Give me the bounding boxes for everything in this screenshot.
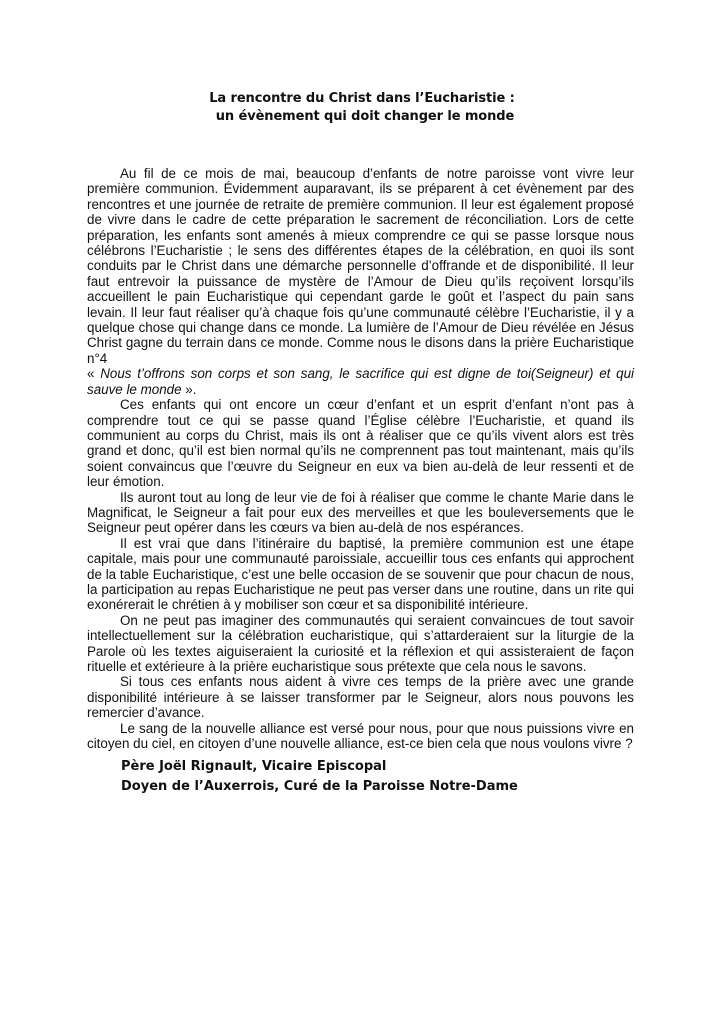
quote-open-mark: « — [87, 366, 100, 381]
title-line-2: un évènement qui doit changer le monde — [0, 108, 724, 126]
paragraph-conclusion: Le sang de la nouvelle alliance est vers… — [87, 721, 634, 752]
paragraph-quote: « Nous t’offrons son corps et son sang, … — [87, 366, 634, 397]
paragraph-intro: Au fil de ce mois de mai, beaucoup d’enf… — [87, 166, 634, 366]
title-line-1: La rencontre du Christ dans l’Eucharisti… — [0, 90, 724, 108]
quote-close-mark: ». — [182, 382, 197, 397]
paragraph-magnificat: Ils auront tout au long de leur vie de f… — [87, 490, 634, 536]
paragraph-baptise: Il est vrai que dans l’itinéraire du bap… — [87, 536, 634, 613]
paragraph-children: Ces enfants qui ont encore un cœur d’enf… — [87, 397, 634, 489]
document-title: La rencontre du Christ dans l’Eucharisti… — [0, 90, 724, 126]
quote-text: Nous t’offrons son corps et son sang, le… — [87, 366, 634, 396]
signature-role: Doyen de l’Auxerrois, Curé de la Paroiss… — [121, 777, 518, 797]
signature-block: Père Joël Rignault, Vicaire Episcopal Do… — [121, 757, 518, 797]
signature-name: Père Joël Rignault, Vicaire Episcopal — [121, 757, 518, 777]
article-body: Au fil de ce mois de mai, beaucoup d’enf… — [87, 166, 634, 751]
paragraph-disponibilite: Si tous ces enfants nous aident à vivre … — [87, 674, 634, 720]
paragraph-communautes: On ne peut pas imaginer des communautés … — [87, 613, 634, 675]
document-page: La rencontre du Christ dans l’Eucharisti… — [0, 0, 724, 1024]
